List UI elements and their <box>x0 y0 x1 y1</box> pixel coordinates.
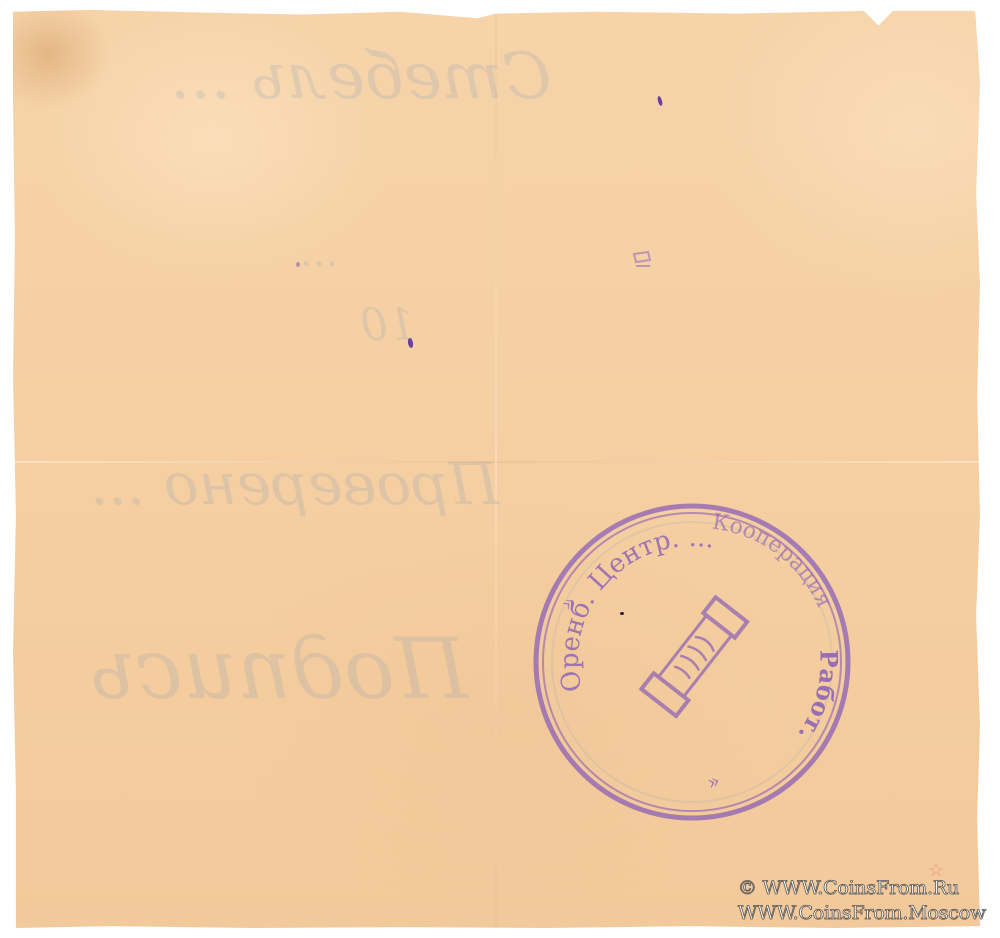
faint-ink-mark-icon <box>628 246 658 276</box>
watermark-line-moscow: WWW.CoinsFrom.Moscow <box>738 901 986 926</box>
stamp-separator-bottom: » <box>704 768 724 795</box>
bleedthrough-handwriting-line: Проверено ... <box>90 450 499 518</box>
handshake-emblem-icon <box>641 596 748 716</box>
bleedthrough-signature: Подпись <box>90 620 468 718</box>
copyright-watermark: © WWW.CoinsFrom.Ru WWW.CoinsFrom.Moscow <box>738 876 986 926</box>
stamp-text-right: Работ. <box>793 649 844 747</box>
bleedthrough-handwriting-line: ... <box>300 230 338 276</box>
bleedthrough-handwriting-line: Стебель ... <box>170 40 551 114</box>
stamp-text-left: Кооперация <box>710 510 836 612</box>
ink-spot <box>296 262 300 267</box>
watermark-line-ru: © WWW.CoinsFrom.Ru <box>738 876 986 901</box>
circular-stamp: Оренб. Центр. ... Работ. Кооперация » » <box>530 500 854 824</box>
